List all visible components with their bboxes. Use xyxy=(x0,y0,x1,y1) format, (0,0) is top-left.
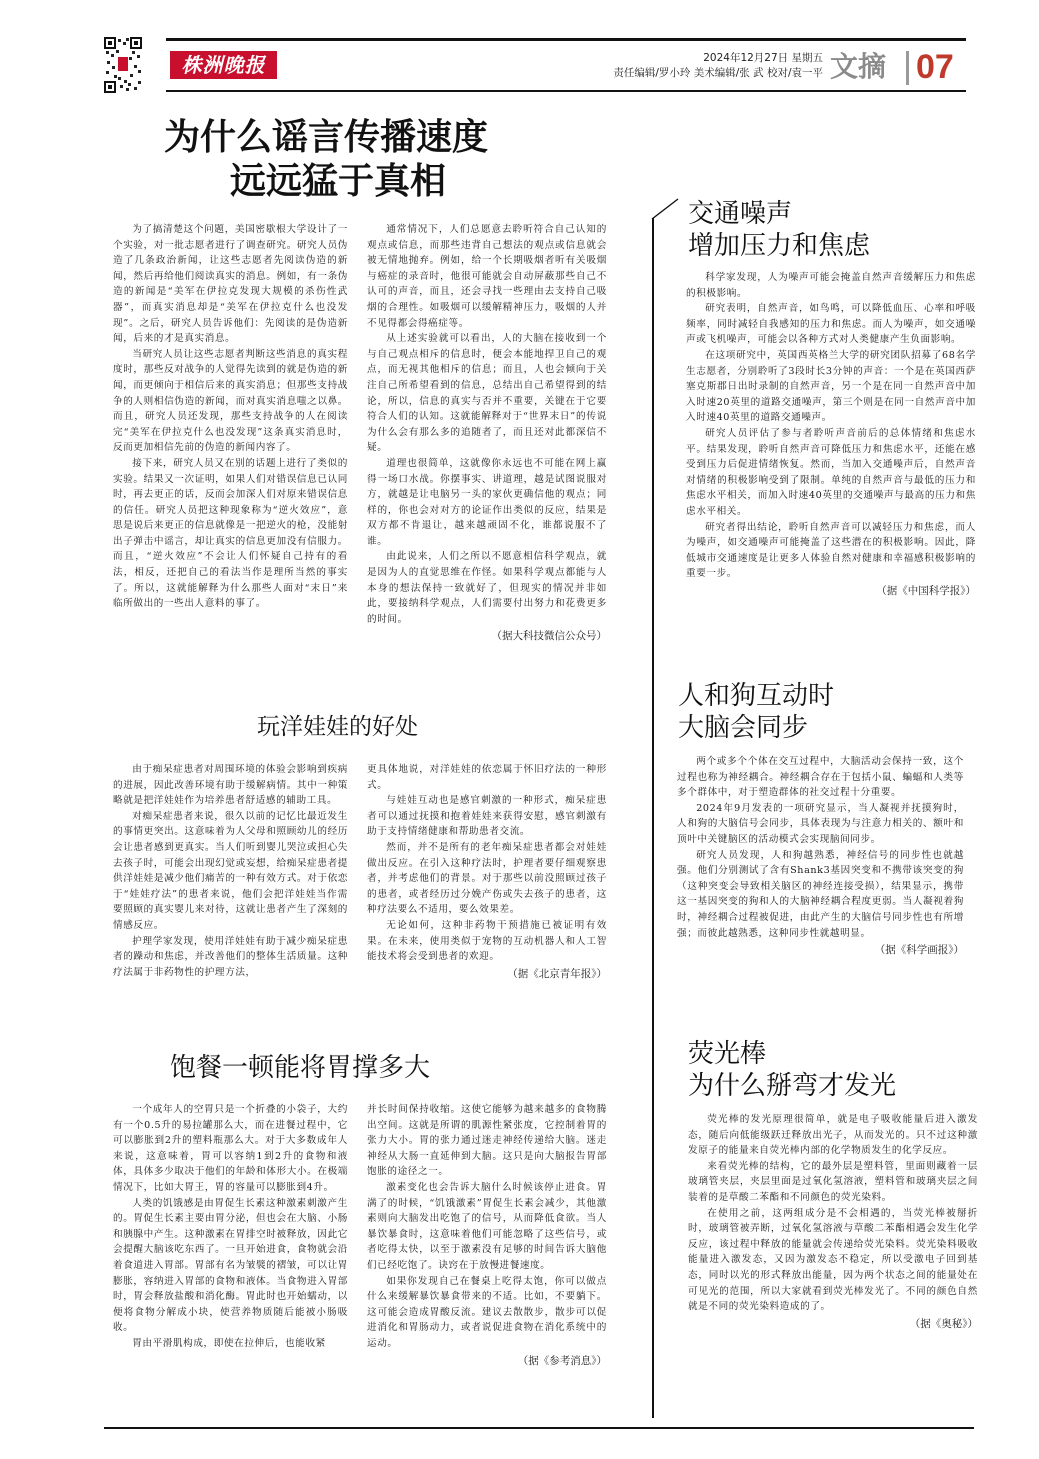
article-rumor-column-2: 通常情况下，人们总愿意去聆听符合自己认知的观点或信息，而那些违背自己想法的观点或… xyxy=(367,222,607,645)
paragraph: 荧光棒的发光原理很简单，就是电子吸收能量后进入激发态，随后向低能级跃迁释放出光子… xyxy=(688,1112,978,1159)
paragraph: 在这项研究中，英国西英格兰大学的研究团队招募了68名学生志愿者，分别聆听了3段时… xyxy=(686,348,976,426)
headline-line-1: 荧光棒 xyxy=(688,1038,896,1070)
headline-line-1: 交通噪声 xyxy=(688,198,870,230)
article-rumor-headline: 为什么谣言传播速度 远远猛于真相 xyxy=(160,116,560,204)
paragraph: 通常情况下，人们总愿意去聆听符合自己认知的观点或信息，而那些违背自己想法的观点或… xyxy=(367,222,607,331)
paragraph: 研究人员评估了参与者聆听声音前后的总体情绪和焦虑水平。结果发现，聆听自然声音可降… xyxy=(686,426,976,520)
newspaper-logo: 株洲晚报 xyxy=(170,51,277,79)
article-stomach-column-2: 并长时间保持收缩。这使它能够为越来越多的食物腾出空间。这就是所谓的肌源性紧张度，… xyxy=(367,1102,607,1369)
paragraph: 2024年9月发表的一项研究显示，当人凝视并抚摸狗时，人和狗的大脑信号会同步，具… xyxy=(677,801,964,848)
column-divider xyxy=(652,218,654,1418)
paragraph: 无论如何，这种非药物干预措施已被证明有效果。在未来，使用类似于宠物的互动机器人和… xyxy=(367,918,607,965)
article-source: （据大科技微信公众号） xyxy=(367,629,607,645)
article-source: （据《北京青年报》） xyxy=(367,967,607,983)
paragraph: 当研究人员让这些志愿者判断这些消息的真实程度时，那些反对战争的人觉得先读到的就是… xyxy=(113,347,348,456)
paragraph: 来看荧光棒的结构，它的最外层是塑料管，里面则藏着一层玻璃管夹层，夹层里面是过氧化… xyxy=(688,1159,978,1206)
paragraph: 研究人员发现，人和狗越熟悉，神经信号的同步性也就越强。他们分别测试了含有Shan… xyxy=(677,848,964,942)
paragraph: 研究者得出结论，聆听自然声音可以减轻压力和焦虑，而人为噪声，如交通噪声可能掩盖了… xyxy=(686,520,976,582)
article-stomach-column-1: 一个成年人的空胃只是一个折叠的小袋子，大约有一个0.5升的易拉罐那么大，而在进餐… xyxy=(113,1102,348,1352)
article-glowstick-body: 荧光棒的发光原理很简单，就是电子吸收能量后进入激发态，随后向低能级跃迁释放出光子… xyxy=(688,1112,978,1332)
paragraph: 由此说来，人们之所以不愿意相信科学观点，就是因为人的直觉思维在作怪。如果科学观点… xyxy=(367,549,607,627)
paragraph: 道理也很简单，这就像你永远也不可能在网上赢得一场口水战。你摆事实、讲道理，越是试… xyxy=(367,456,607,550)
paragraph: 并长时间保持收缩。这使它能够为越来越多的食物腾出空间。这就是所谓的肌源性紧张度，… xyxy=(367,1102,607,1180)
article-noise-body: 科学家发现，人为噪声可能会掩盖自然声音缓解压力和焦虑的积极影响。 研究表明，自然… xyxy=(686,270,976,599)
paragraph: 在使用之前，这两组成分是不会相遇的，当荧光棒被掰折时，玻璃管被弄断，过氧化氢溶液… xyxy=(688,1206,978,1315)
article-source: （据《参考消息》） xyxy=(367,1354,607,1370)
header-meta: 2024年12月27日 星期五 责任编辑/罗小玲 美术编辑/张 武 校对/袁一平 xyxy=(613,51,823,81)
header-top-rule xyxy=(166,38,966,41)
section-divider xyxy=(906,51,909,85)
headline-line-2: 为什么掰弯才发光 xyxy=(688,1070,896,1102)
editors-credit: 责任编辑/罗小玲 美术编辑/张 武 校对/袁一平 xyxy=(613,66,823,81)
article-dog-body: 两个或多个个体在交互过程中，大脑活动会保持一致，这个过程也称为神经耦合。神经耦合… xyxy=(677,754,964,959)
paragraph: 从上述实验就可以看出，人的大脑在接收到一个与自己观点相斥的信息时，便会本能地捍卫… xyxy=(367,331,607,456)
article-source: （据《中国科学报》） xyxy=(686,584,976,600)
article-source: （据《科学画报》） xyxy=(677,943,964,959)
article-dog-headline: 人和狗互动时 大脑会同步 xyxy=(678,680,834,744)
paragraph: 胃由平滑肌构成，即使在拉伸后，也能收紧 xyxy=(113,1336,348,1352)
article-noise-headline: 交通噪声 增加压力和焦虑 xyxy=(688,198,870,262)
headline-line-2: 大脑会同步 xyxy=(678,712,834,744)
paragraph: 激素变化也会告诉大脑什么时候该停止进食。胃满了的时候，“饥饿激素”胃促生长素会减… xyxy=(367,1180,607,1274)
paragraph: 为了搞清楚这个问题，美国密歇根大学设计了一个实验，对一批志愿者进行了调查研究。研… xyxy=(113,222,348,347)
paragraph: 两个或多个个体在交互过程中，大脑活动会保持一致，这个过程也称为神经耦合。神经耦合… xyxy=(677,754,964,801)
paragraph: 科学家发现，人为噪声可能会掩盖自然声音缓解压力和焦虑的积极影响。 xyxy=(686,270,976,301)
header-bottom-rule xyxy=(166,90,966,92)
paragraph: 更具体地说，对洋娃娃的依恋属于怀旧疗法的一种形式。 xyxy=(367,762,607,793)
paragraph: 护理学家发现，使用洋娃娃有助于减少痴呆症患者的躁动和焦虑，并改善他们的整体生活质… xyxy=(113,934,348,981)
paragraph: 对痴呆症患者来说，很久以前的记忆比最近发生的事情更突出。这意味着为人父母和照顾幼… xyxy=(113,809,348,934)
section-name: 文摘 xyxy=(830,49,886,85)
headline-line-1: 为什么谣言传播速度 xyxy=(160,116,560,160)
paragraph: 由于痴呆症患者对周围环境的体验会影响到疾病的进展，因此改善环境有助于缓解病情。其… xyxy=(113,762,348,809)
paragraph: 如果你发现自己在餐桌上吃得太饱，你可以做点什么来缓解暴饮暴食带来的不适。比如，不… xyxy=(367,1274,607,1352)
column-divider-slant xyxy=(650,198,680,220)
page-number: 07 xyxy=(916,48,954,86)
article-glowstick-headline: 荧光棒 为什么掰弯才发光 xyxy=(688,1038,896,1102)
issue-date: 2024年12月27日 星期五 xyxy=(613,51,823,66)
headline-line-2: 远远猛于真相 xyxy=(160,160,560,204)
paragraph: 然而，并不是所有的老年痴呆症患者都会对娃娃做出反应。在引入这种疗法时，护理者要仔… xyxy=(367,840,607,918)
paragraph: 人类的饥饿感是由胃促生长素这种激素刺激产生的。胃促生长素主要由胃分泌，但也会在大… xyxy=(113,1196,348,1336)
paragraph: 与娃娃互动也是感官刺激的一种形式，痴呆症患者可以通过抚摸和抱着娃娃来获得安慰，感… xyxy=(367,793,607,840)
paragraph: 研究表明，自然声音，如鸟鸣，可以降低血压、心率和呼吸频率，同时减轻自我感知的压力… xyxy=(686,301,976,348)
page-bottom-rule xyxy=(104,1427,974,1429)
article-rumor-column-1: 为了搞清楚这个问题，美国密歇根大学设计了一个实验，对一批志愿者进行了调查研究。研… xyxy=(113,222,348,612)
article-dolls-headline: 玩洋娃娃的好处 xyxy=(257,713,418,741)
headline-line-1: 人和狗互动时 xyxy=(678,680,834,712)
article-source: （据《奥秘》） xyxy=(688,1317,978,1333)
headline-line-2: 增加压力和焦虑 xyxy=(688,230,870,262)
paragraph: 接下来，研究人员又在别的话题上进行了类似的实验。结果又一次证明，如果人们对错误信… xyxy=(113,456,348,612)
paragraph: 一个成年人的空胃只是一个折叠的小袋子，大约有一个0.5升的易拉罐那么大，而在进餐… xyxy=(113,1102,348,1196)
article-dolls-column-2: 更具体地说，对洋娃娃的依恋属于怀旧疗法的一种形式。 与娃娃互动也是感官刺激的一种… xyxy=(367,762,607,982)
qr-code-icon[interactable] xyxy=(104,37,142,93)
article-stomach-headline: 饱餐一顿能将胃撑多大 xyxy=(170,1052,430,1084)
article-dolls-column-1: 由于痴呆症患者对周围环境的体验会影响到疾病的进展，因此改善环境有助于缓解病情。其… xyxy=(113,762,348,980)
